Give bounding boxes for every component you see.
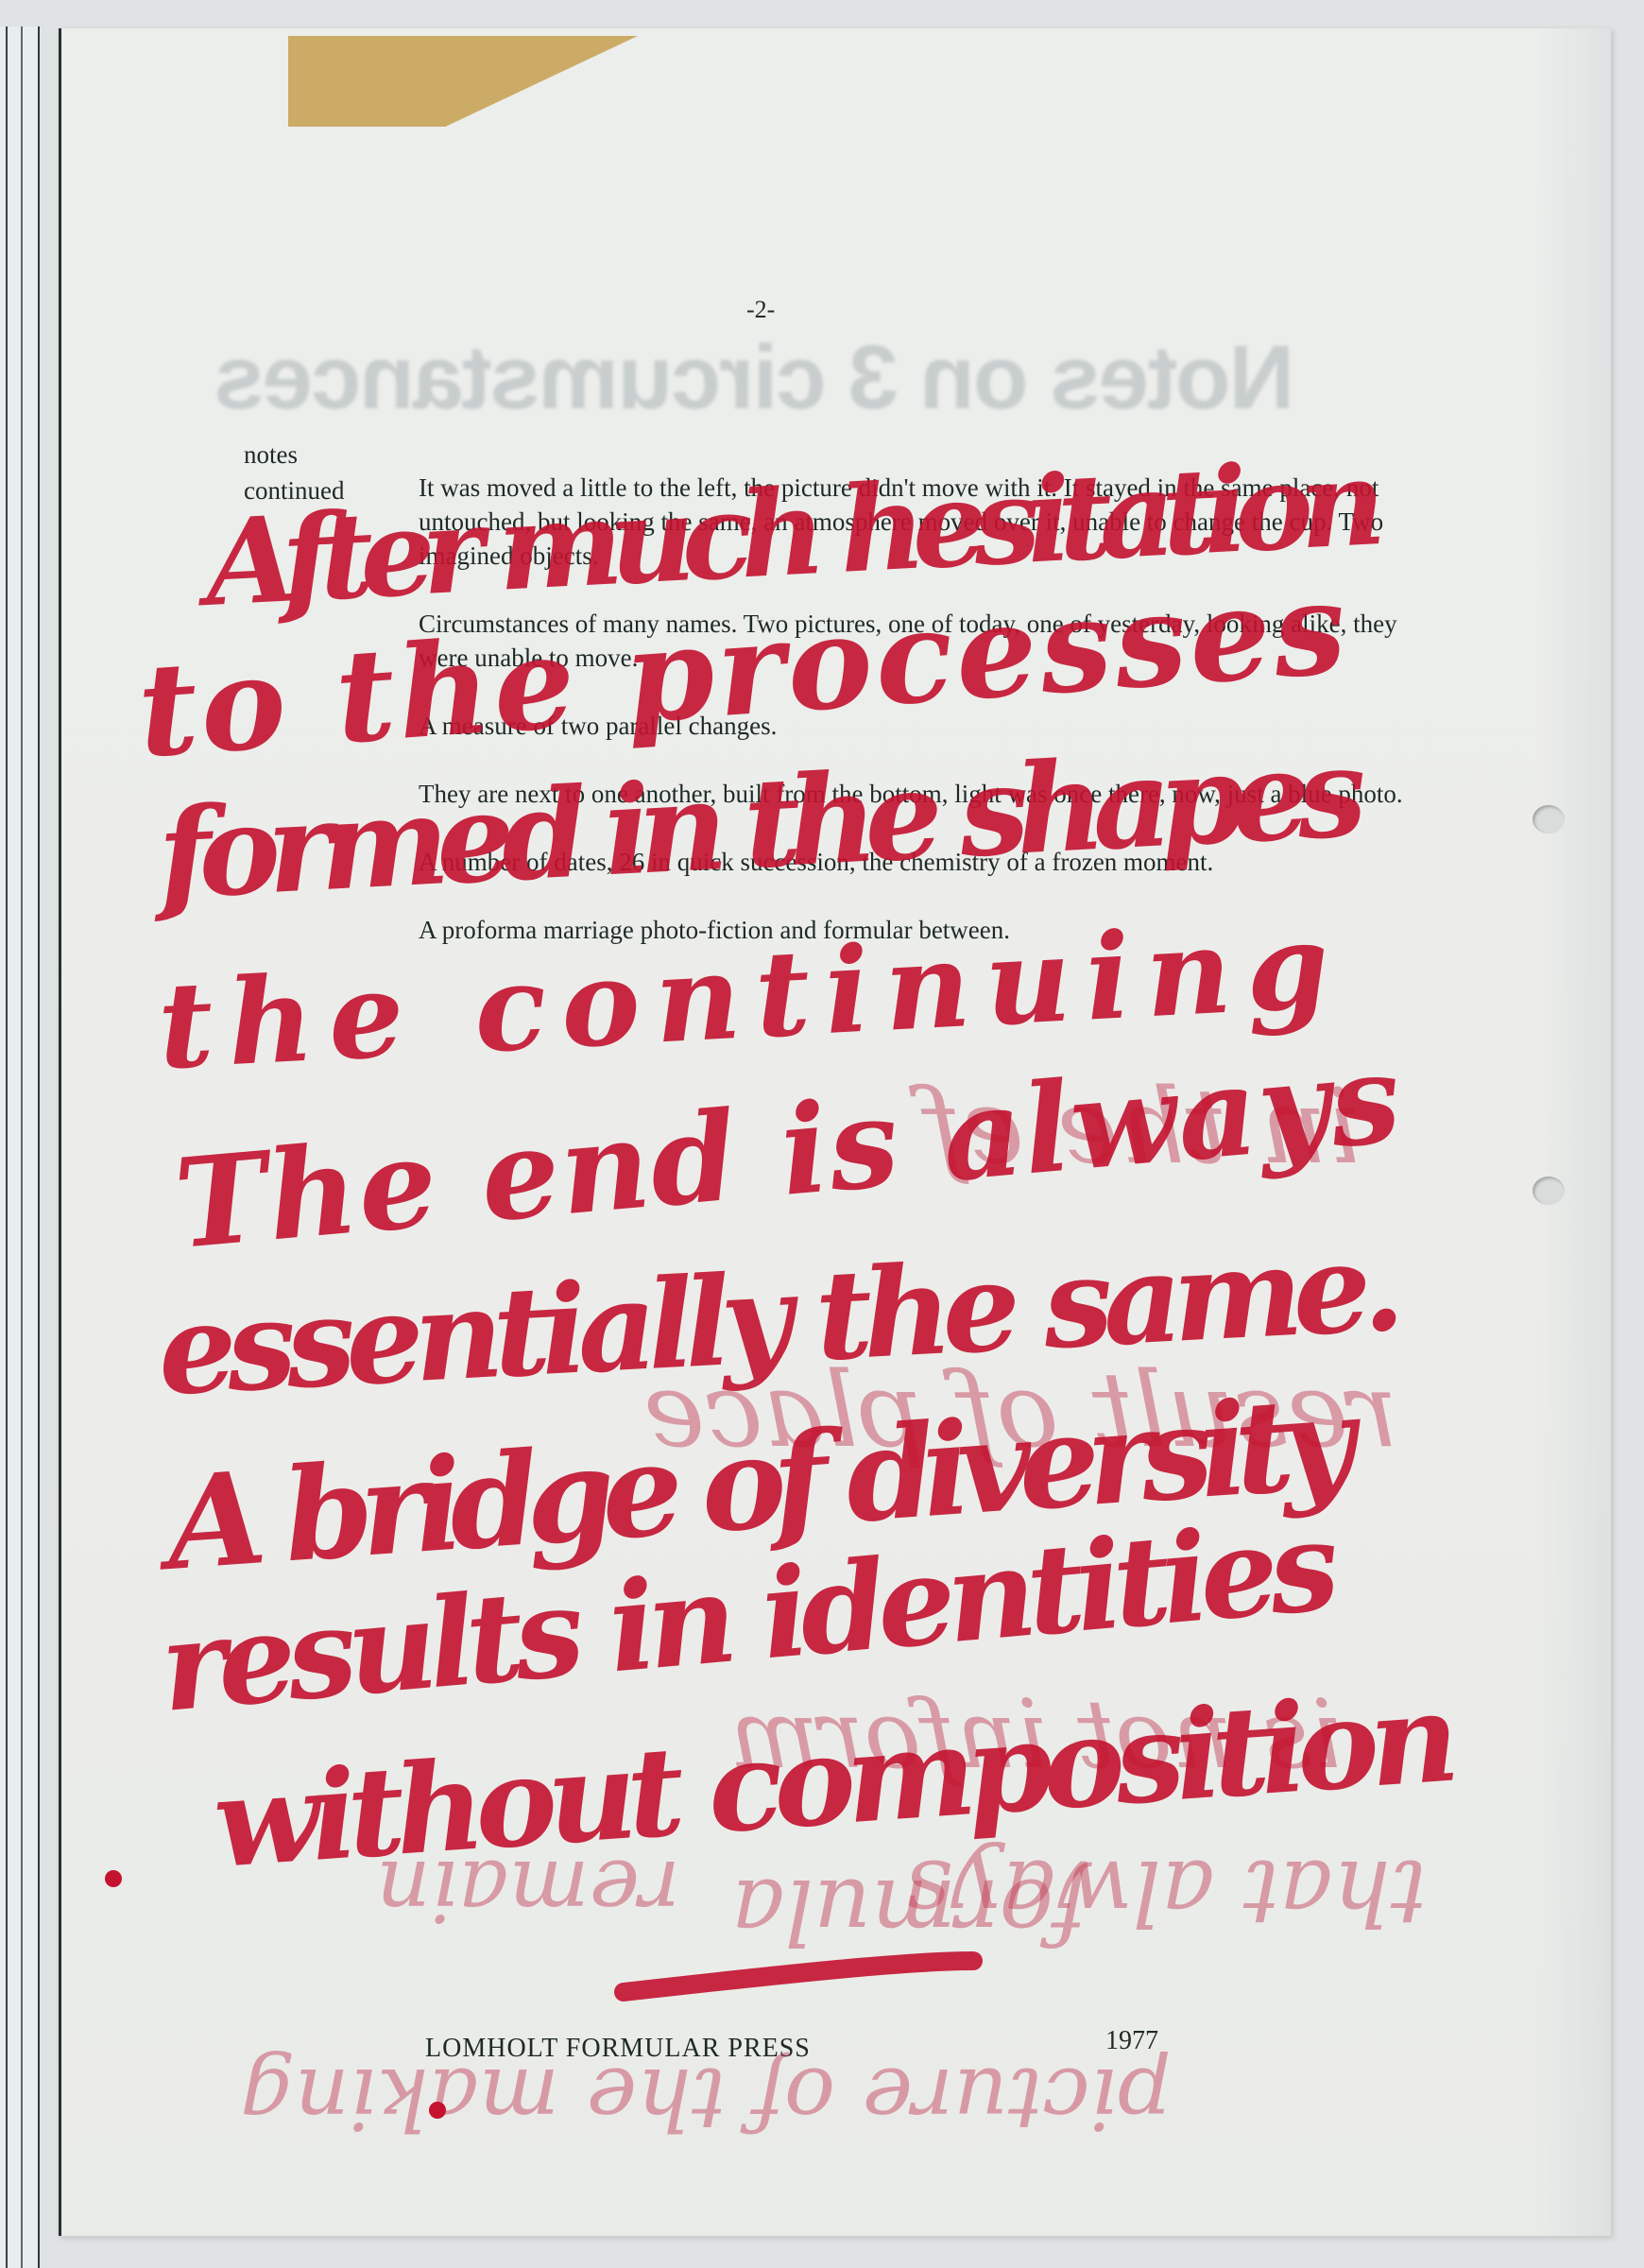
backing-pages	[0, 26, 40, 2268]
punch-hole	[1533, 1177, 1565, 1205]
paragraph: A measure of two parallel changes.	[419, 709, 1420, 743]
page-number: -2-	[746, 293, 775, 327]
footer-press-name: LOMHOLT FORMULAR PRESS	[425, 2032, 811, 2066]
body-text: It was moved a little to the left, the p…	[419, 471, 1420, 981]
paragraph: It was moved a little to the left, the p…	[419, 471, 1420, 573]
paragraph: Circumstances of many names. Two picture…	[419, 607, 1420, 675]
footer-year: 1977	[1105, 2024, 1158, 2058]
margin-note-line: continued	[244, 472, 344, 508]
paragraph: A proforma marriage photo-fiction and fo…	[419, 913, 1420, 947]
margin-note: notes continued	[244, 437, 344, 508]
page-edge	[6, 26, 8, 2268]
page-shadow	[1535, 28, 1611, 2236]
paragraph: They are next to one another, built from…	[419, 777, 1420, 811]
paragraph: A number of dates, 26 in quick successio…	[419, 845, 1420, 879]
margin-note-line: notes	[244, 437, 344, 472]
bleed-through-title: Notes on 3 circumstances	[350, 326, 1294, 430]
punch-hole	[1533, 805, 1565, 833]
page-edge	[21, 26, 23, 2268]
